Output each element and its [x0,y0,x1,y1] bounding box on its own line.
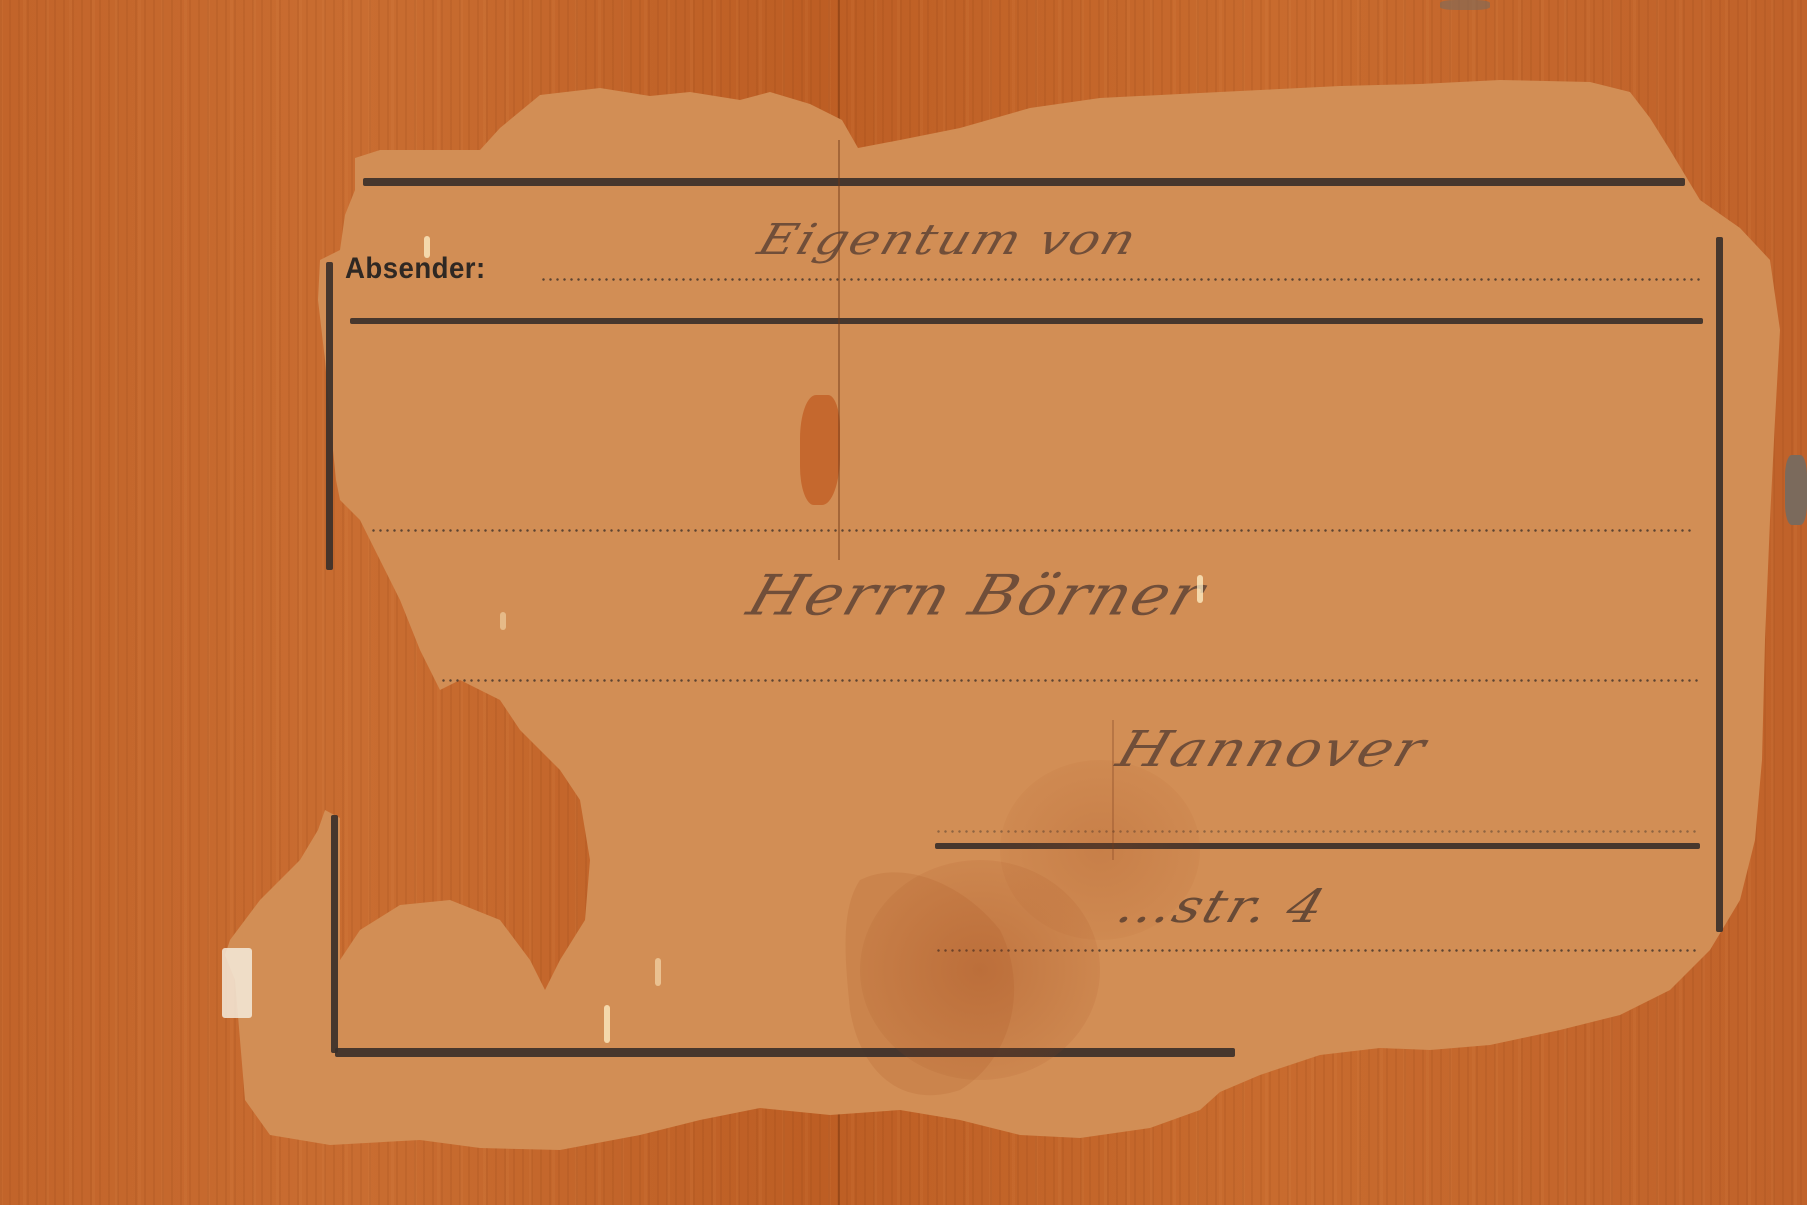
handwritten-line-3: Hannover [1110,720,1434,778]
address-dotted-line-1 [370,529,1695,532]
light-glint [500,612,506,630]
address-dotted-line-2 [440,679,1700,682]
bottom-heavy-rule [335,1048,1235,1057]
paper-residue [222,948,252,1018]
handwritten-line-2: Herrn Börner [740,562,1214,628]
torn-patch [800,395,840,505]
light-glint [424,236,430,258]
right-border-rule [1716,237,1723,932]
paper-fold [838,140,840,560]
rust-stain [1000,760,1200,940]
sender-rule [350,318,1703,324]
printed-sender-label: Absender: [345,252,486,286]
handwritten-line-1: Eigentum von [752,215,1144,264]
metal-fixture [1785,455,1807,525]
top-heavy-rule [363,178,1685,186]
light-glint [655,958,661,986]
light-glint [1197,575,1203,603]
left-border-rule-upper [326,262,333,570]
metal-fixture [1440,0,1490,10]
light-glint [604,1005,610,1043]
left-border-rule-lower [331,815,338,1053]
sender-dotted-line [540,278,1700,281]
